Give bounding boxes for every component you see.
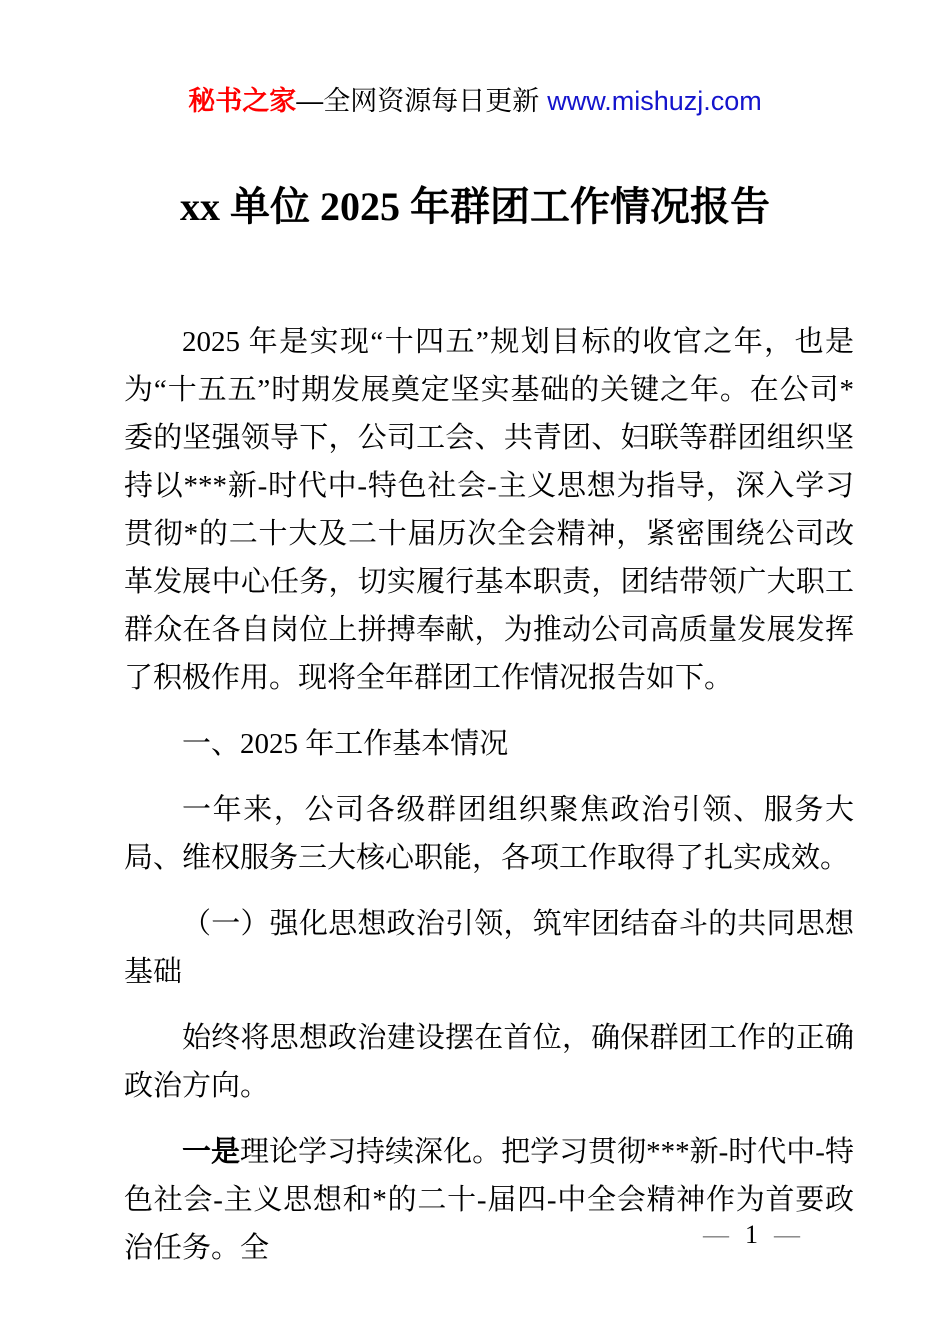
site-tagline: —全网资源每日更新 [296, 86, 539, 116]
page-number-footer: —1— [0, 1220, 950, 1250]
paragraph-intro: 2025 年是实现“十四五”规划目标的收官之年，也是为“十五五”时期发展奠定坚实… [124, 318, 854, 702]
page-number: 1 [745, 1220, 758, 1249]
subsection-heading-1: （一）强化思想政治引领，筑牢团结奋斗的共同思想基础 [124, 900, 854, 996]
paragraph-political-direction: 始终将思想政治建设摆在首位，确保群团工作的正确政治方向。 [124, 1014, 854, 1110]
section-heading-1: 一、2025 年工作基本情况 [124, 720, 854, 768]
document-page: 秘书之家—全网资源每日更新www.mishuzj.com xx 单位 2025 … [0, 0, 950, 1344]
page-number-dash-left: — [703, 1220, 729, 1249]
paragraph-lead-emphasis: 一是 [182, 1136, 240, 1168]
site-url-link[interactable]: www.mishuzj.com [547, 86, 762, 116]
site-brand: 秘书之家 [188, 86, 296, 116]
paragraph-theory-study: 一是理论学习持续深化。把学习贯彻***新-时代中-特色社会-主义思想和*的二十-… [124, 1128, 854, 1272]
document-body: 2025 年是实现“十四五”规划目标的收官之年，也是为“十五五”时期发展奠定坚实… [124, 318, 854, 1272]
page-number-dash-right: — [774, 1220, 800, 1249]
site-header: 秘书之家—全网资源每日更新www.mishuzj.com [0, 0, 950, 118]
paragraph-overview: 一年来，公司各级群团组织聚焦政治引领、服务大局、维权服务三大核心职能，各项工作取… [124, 786, 854, 882]
document-title: xx 单位 2025 年群团工作情况报告 [0, 182, 950, 232]
